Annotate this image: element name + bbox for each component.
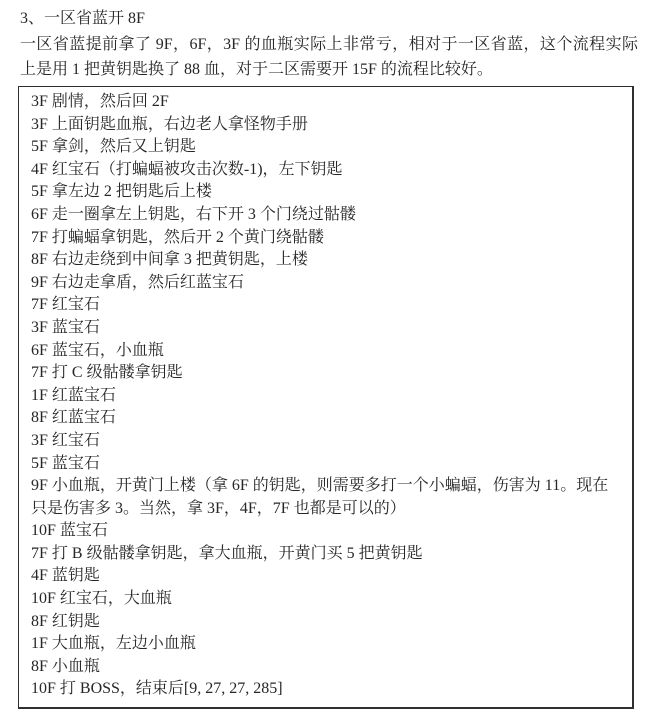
walkthrough-steps-box: 3F 剧情，然后回 2F 3F 上面钥匙血瓶，右边老人拿怪物手册 5F 拿剑，然… bbox=[18, 86, 634, 709]
step-line: 3F 蓝宝石 bbox=[31, 317, 622, 340]
step-line: 7F 红宝石 bbox=[31, 294, 622, 317]
step-line: 6F 走一圈拿左上钥匙，右下开 3 个门绕过骷髅 bbox=[31, 204, 622, 227]
step-line: 7F 打 B 级骷髅拿钥匙，拿大血瓶，开黄门买 5 把黄钥匙 bbox=[31, 543, 622, 566]
step-line: 8F 红蓝宝石 bbox=[31, 407, 622, 430]
step-line: 4F 蓝钥匙 bbox=[31, 565, 622, 588]
step-line: 9F 小血瓶，开黄门上楼（拿 6F 的钥匙，则需要多打一个小蝙蝠，伤害为 11。… bbox=[31, 475, 622, 520]
step-line: 5F 拿剑，然后又上钥匙 bbox=[31, 136, 622, 159]
step-line: 10F 打 BOSS，结束后[9, 27, 27, 285] bbox=[31, 678, 622, 701]
step-line: 10F 蓝宝石 bbox=[31, 520, 622, 543]
step-line: 3F 剧情，然后回 2F bbox=[31, 91, 622, 114]
document-page: 3、一区省蓝开 8F 一区省蓝提前拿了 9F，6F，3F 的血瓶实际上非常亏，相… bbox=[0, 0, 660, 715]
section-title: 3、一区省蓝开 8F bbox=[20, 6, 636, 31]
step-line: 4F 红宝石（打蝙蝠被攻击次数-1)，左下钥匙 bbox=[31, 159, 622, 182]
step-line: 8F 右边走绕到中间拿 3 把黄钥匙，上楼 bbox=[31, 249, 622, 272]
step-line: 3F 上面钥匙血瓶，右边老人拿怪物手册 bbox=[31, 114, 622, 137]
step-line: 5F 蓝宝石 bbox=[31, 453, 622, 476]
step-line: 6F 蓝宝石，小血瓶 bbox=[31, 340, 622, 363]
step-line: 10F 红宝石，大血瓶 bbox=[31, 588, 622, 611]
intro-paragraph: 一区省蓝提前拿了 9F，6F，3F 的血瓶实际上非常亏，相对于一区省蓝，这个流程… bbox=[20, 32, 638, 82]
step-line: 1F 红蓝宝石 bbox=[31, 385, 622, 408]
step-line: 7F 打 C 级骷髅拿钥匙 bbox=[31, 362, 622, 385]
step-line: 3F 红宝石 bbox=[31, 430, 622, 453]
step-line: 8F 红钥匙 bbox=[31, 611, 622, 634]
step-line: 1F 大血瓶，左边小血瓶 bbox=[31, 633, 622, 656]
step-line: 9F 右边走拿盾，然后红蓝宝石 bbox=[31, 272, 622, 295]
step-line: 5F 拿左边 2 把钥匙后上楼 bbox=[31, 181, 622, 204]
step-line: 7F 打蝙蝠拿钥匙，然后开 2 个黄门绕骷髅 bbox=[31, 227, 622, 250]
step-line: 8F 小血瓶 bbox=[31, 656, 622, 679]
